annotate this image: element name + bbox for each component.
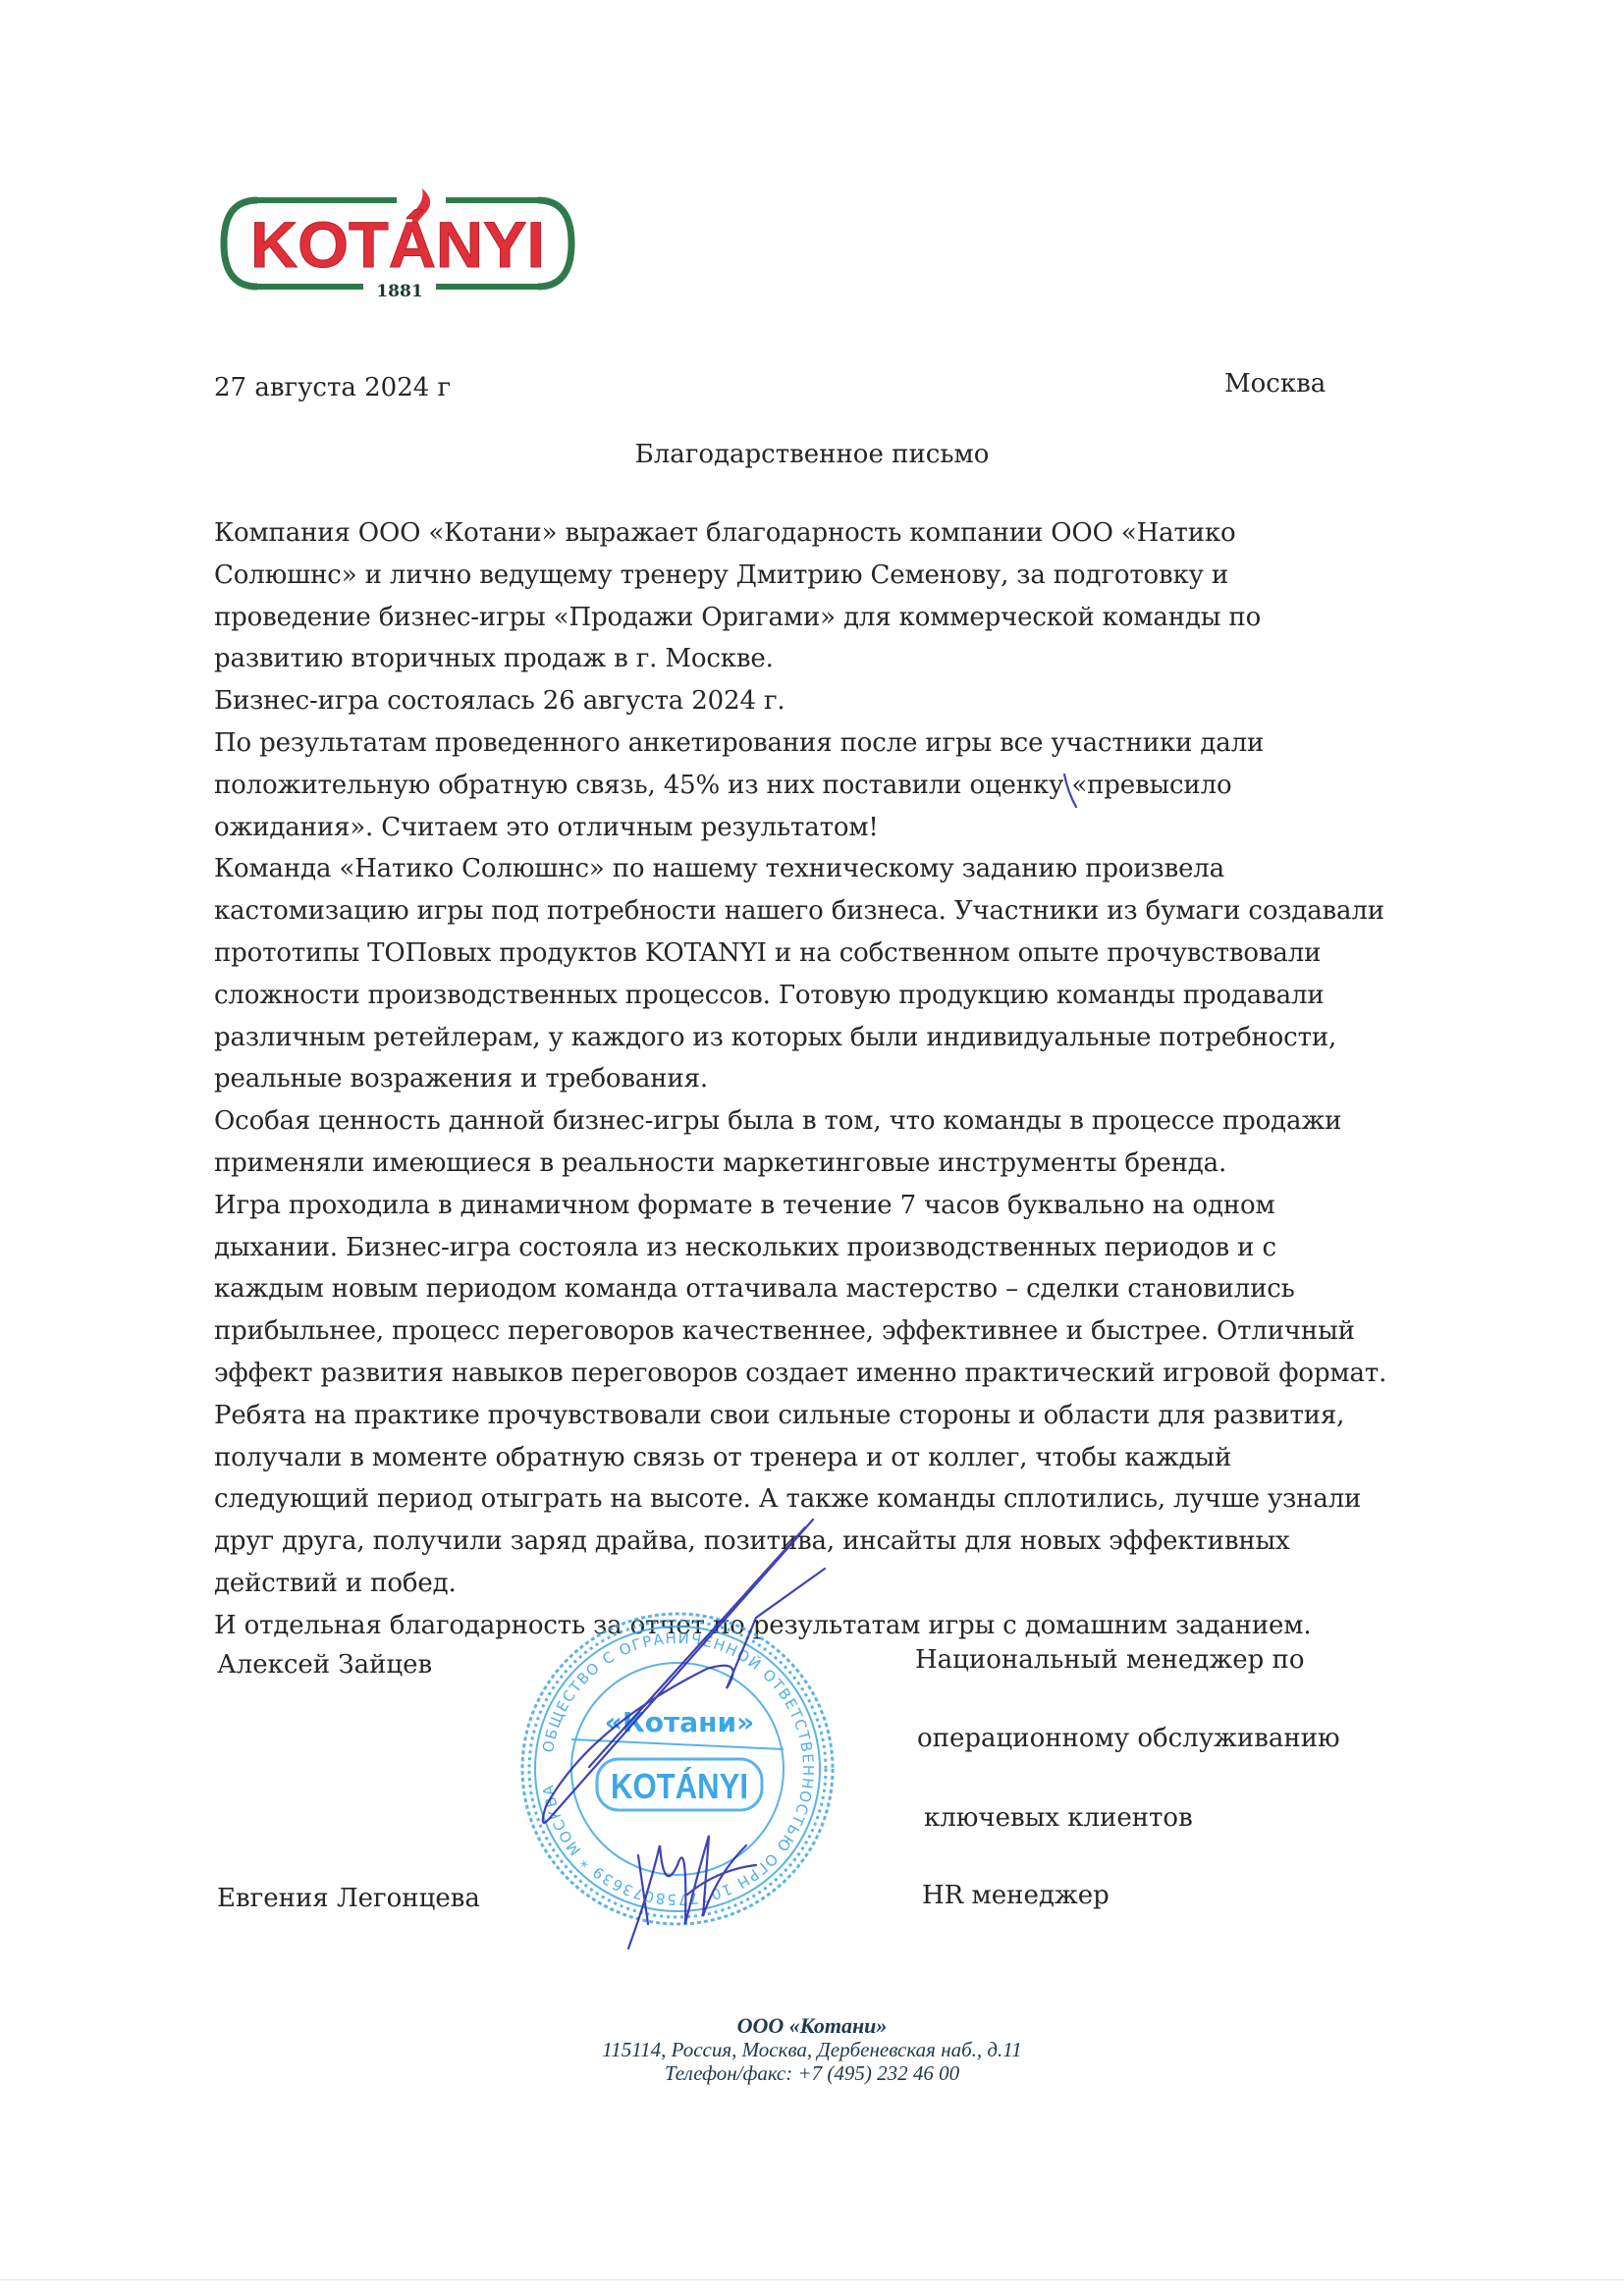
footer-phone: Телефон/факс: +7 (495) 232 46 00 — [0, 2061, 1624, 2085]
letter-body: Компания ООО «Котани» выражает благодарн… — [214, 519, 1386, 1654]
svg-text:1881: 1881 — [376, 282, 422, 301]
body-line: применяли имеющиеся в реальности маркети… — [214, 1149, 1386, 1192]
letter-footer: ООО «Котани» 115114, Россия, Москва, Дер… — [0, 2014, 1624, 2085]
body-line: ожидания». Считаем это отличным результа… — [214, 814, 1386, 856]
signatory-name-2: Евгения Легонцева — [217, 1886, 480, 1911]
body-line: Бизнес-игра состоялась 26 августа 2024 г… — [214, 687, 1386, 729]
body-line: развитию вторичных продаж в г. Москве. — [214, 645, 1386, 687]
signatory-position-2: HR менеджер — [922, 1883, 1110, 1908]
body-line: прототипы ТОПовых продуктов KOTANYI и на… — [214, 939, 1386, 982]
body-line: Компания ООО «Котани» выражает благодарн… — [214, 519, 1386, 561]
kotanyi-logo: KOTÁNYI 1881 — [218, 187, 577, 302]
signatory-position-1-line-1: Национальный менеджер по — [915, 1647, 1305, 1673]
body-line: Солюшнс» и лично ведущему тренеру Дмитри… — [214, 561, 1386, 604]
body-line: прибыльнее, процесс переговоров качестве… — [214, 1317, 1386, 1360]
letter-date: 27 августа 2024 г — [214, 375, 451, 400]
letter-city: Москва — [1224, 371, 1326, 397]
body-line: положительную обратную связь, 45% из них… — [214, 772, 1386, 814]
company-stamp: ОБЩЕСТВО С ОГРАНИЧЕННОЙ ОТВЕТСТВЕННОСТЬЮ… — [511, 1602, 844, 1936]
body-line: различным ретейлерам, у каждого из котор… — [214, 1024, 1386, 1066]
body-line: друг друга, получили заряд драйва, позит… — [214, 1527, 1386, 1570]
signatory-position-1-line-2: операционному обслуживанию — [917, 1726, 1340, 1751]
body-line: эффект развития навыков переговоров созд… — [214, 1360, 1386, 1402]
body-line: сложности производственных процессов. Го… — [214, 982, 1386, 1024]
svg-text:KOTÁNYI: KOTÁNYI — [250, 208, 545, 281]
body-line: каждым новым периодом команда оттачивала… — [214, 1275, 1386, 1317]
body-line: дыхании. Бизнес-игра состояла из несколь… — [214, 1234, 1386, 1276]
body-line: По результатам проведенного анкетировани… — [214, 729, 1386, 772]
body-line: кастомизацию игры под потребности нашего… — [214, 897, 1386, 939]
footer-company: ООО «Котани» — [0, 2014, 1624, 2038]
body-line: проведение бизнес-игры «Продажи Оригами»… — [214, 604, 1386, 646]
body-line: следующий период отыграть на высоте. А т… — [214, 1485, 1386, 1527]
body-line: Ребята на практике прочувствовали свои с… — [214, 1402, 1386, 1444]
body-line: получали в моменте обратную связь от тре… — [214, 1444, 1386, 1486]
signatory-position-1-line-3: ключевых клиентов — [924, 1805, 1193, 1831]
letter-title: Благодарственное письмо — [0, 442, 1624, 467]
svg-text:«Котани»: «Котани» — [605, 1706, 754, 1738]
signatory-name-1: Алексей Зайцев — [217, 1652, 432, 1678]
body-line: Команда «Натико Солюшнс» по нашему техни… — [214, 855, 1386, 897]
body-line: реальные возражения и требования. — [214, 1065, 1386, 1107]
scan-edge-line — [0, 2279, 1624, 2280]
body-line: Игра проходила в динамичном формате в те… — [214, 1192, 1386, 1234]
body-line: Особая ценность данной бизнес-игры была … — [214, 1107, 1386, 1149]
footer-address: 115114, Россия, Москва, Дербеневская наб… — [0, 2038, 1624, 2061]
svg-text:KOTÁNYI: KOTÁNYI — [611, 1766, 748, 1806]
